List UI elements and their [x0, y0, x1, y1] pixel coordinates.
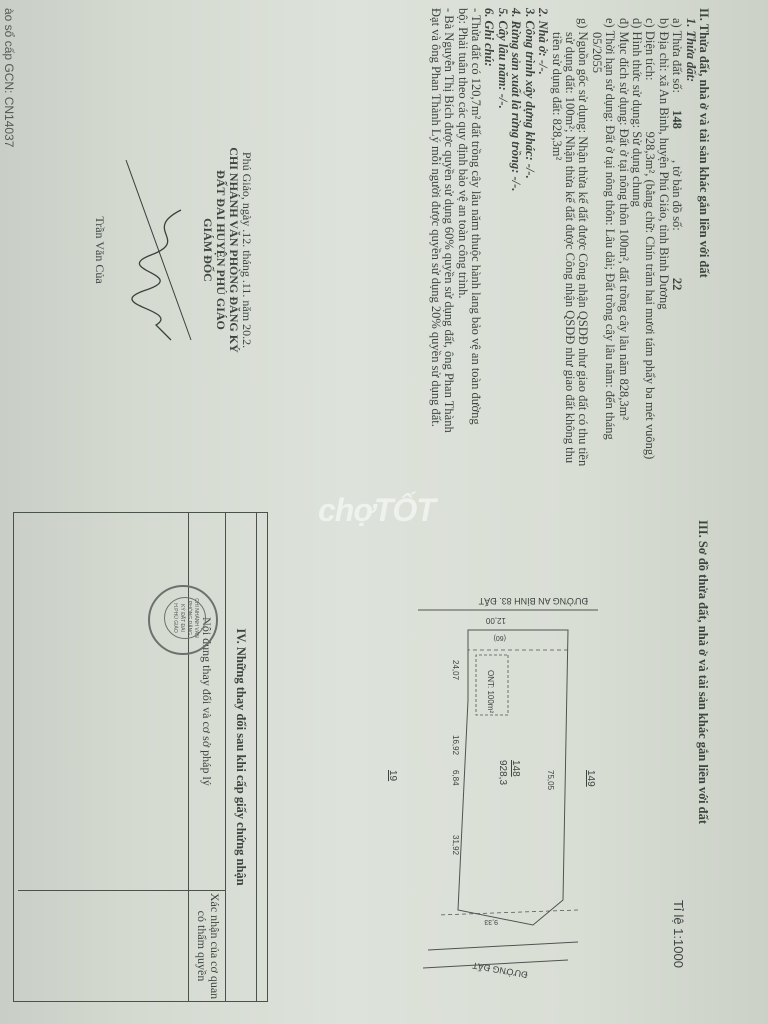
parcel-number-row: a) Thửa đất số: 148 , tờ bản đồ số: 22: [670, 8, 683, 508]
parcel-area: 928,3: [497, 760, 508, 785]
signer-role: GIÁM ĐỐC: [201, 40, 214, 460]
changes-table: IV. Những thay đổi sau khi cấp giấy chứn…: [13, 512, 268, 1002]
place-date: Phú Giáo, ngày .12. tháng .11. năm 20.2.: [240, 40, 253, 460]
parcel-number: 148: [510, 760, 521, 777]
change-content-cell: [18, 513, 188, 891]
area-value: 928,3m², (bằng chữ: Chín trăm hai mươi t…: [643, 132, 657, 460]
parcel-diagram: ĐƯỜNG AN BÌNH 83. ĐẤT ONT: 100m² 148 928…: [358, 570, 618, 990]
note-2b: Đạt và ông Phan Thành Lý mỗi người được …: [428, 8, 441, 508]
col-authority-confirmation: Xác nhận của cơ quan có thẩm quyền: [189, 891, 225, 1001]
origin-row-1: g) Nguồn gốc sử dụng: Nhận thừa kế đất đ…: [576, 8, 589, 508]
changes-table-body: [18, 513, 188, 1001]
note-1b: bộ: Phải tuân theo các quy định bảo vệ a…: [455, 8, 468, 508]
signature-block: Phú Giáo, ngày .12. tháng .11. năm 20.2.…: [93, 40, 253, 460]
perennial-tree-item: 5. Cây lâu năm: -/-.: [496, 8, 509, 508]
section-land-parcel: II. Thửa đất, nhà ở và tài sản khác gắn …: [428, 8, 710, 508]
official-stamp: CHI NHÁNH VĂN PHÒNG ĐĂNG KÝ ĐẤT ĐAI H.PH…: [148, 585, 218, 655]
note-1a: - Thửa đất có 120,7m² đất trồng cây lâu …: [469, 8, 482, 508]
dim-front: 12,00: [485, 616, 506, 625]
section2-title: II. Thửa đất, nhà ở và tài sản khác gắn …: [697, 8, 710, 508]
neighbor-top: 149: [585, 770, 596, 787]
changes-table-title: IV. Những thay đổi sau khi cấp giấy chứn…: [225, 513, 257, 1001]
area-label: c) Diện tích:: [643, 18, 657, 80]
origin-row-3: tiền sử dụng đất: 828,3m²: [549, 8, 562, 508]
signer-name: Trần Văn Của: [93, 40, 106, 460]
address-row: b) Địa chỉ: xã An Bình, huyện Phú Giáo, …: [656, 8, 669, 508]
dim-8-7: 31,92: [451, 835, 460, 856]
planted-forest-item: 4. Rừng sản xuất là rừng trồng: -/-.: [509, 8, 522, 508]
col-change-content: Nội dung thay đổi và cơ sở pháp lý: [189, 513, 225, 891]
road-bottom-label: ĐƯỜNG ĐẤT: [471, 960, 528, 980]
col-authority-line1: Xác nhận của cơ quan: [208, 891, 221, 1001]
parcel-number-value: 148: [670, 110, 684, 129]
dim-1-8: 6,84: [451, 770, 460, 786]
scale-label: Tỉ lệ 1:1000: [671, 900, 686, 968]
neighbor-bottom: 19: [387, 770, 398, 782]
dim-3-2: 24,07: [451, 660, 460, 681]
dim-back: 9,33: [484, 918, 498, 925]
dim-front-setback: (60): [494, 634, 506, 641]
other-construction-item: 3. Công trình xây dựng khác: -/-.: [522, 8, 535, 508]
usage-purpose-row: đ) Mục đích sử dụng: Đất ở tại nông thôn…: [616, 8, 629, 508]
map-sheet-value: 22: [670, 278, 684, 291]
authority-cell: [18, 891, 188, 1001]
dim-side-top: 75,05: [546, 770, 555, 791]
usage-term-cont: 05/2055: [589, 8, 602, 508]
usage-form-row: d) Hình thức sử dụng: Sử dụng chung: [630, 8, 643, 508]
origin-row-2: sử dụng đất: 100m²; Nhận thừa kế đất đượ…: [563, 8, 576, 508]
chotot-watermark: chợTỐT: [318, 492, 435, 529]
area-row: c) Diện tích: 928,3m², (bằng chữ: Chín t…: [643, 8, 656, 508]
section3-title: III. Sơ đồ thửa đất, nhà ở và tài sản kh…: [695, 520, 710, 824]
issuer-line-2: ĐẤT ĐAI HUYỆN PHÚ GIÁO: [214, 40, 227, 460]
col-authority-line2: có thẩm quyền: [195, 891, 208, 1001]
gcn-entry-number: ào sổ cấp GCN: CN14037: [2, 8, 16, 147]
parcel-number-label: a) Thửa đất số:: [670, 18, 684, 93]
issuer-line-1: CHI NHÁNH VĂN PHÒNG ĐĂNG KÝ: [227, 40, 240, 460]
map-sheet-label: , tờ bản đồ số:: [670, 160, 684, 231]
note-2a: - Bà Nguyễn Thị Bích được quyền sử dụng …: [442, 8, 455, 508]
dim-2-1: 16,92: [451, 735, 460, 756]
house-item: 2. Nhà ở: -/-.: [536, 8, 549, 508]
road-top-label: ĐƯỜNG AN BÌNH 83. ĐẤT: [478, 596, 588, 606]
signature-scribble: [111, 40, 201, 460]
usage-term-row: e) Thời hạn sử dụng: Đất ở tại nông thôn…: [603, 8, 616, 508]
notes-heading: 6. Ghi chú:: [482, 8, 495, 508]
parcel-subheading: 1. Thửa đất:: [683, 8, 696, 508]
stamp-text: CHI NHÁNH VĂN PHÒNG ĐĂNG KÝ ĐẤT ĐAI H.PH…: [164, 597, 206, 639]
residential-label: ONT: 100m²: [486, 670, 495, 713]
